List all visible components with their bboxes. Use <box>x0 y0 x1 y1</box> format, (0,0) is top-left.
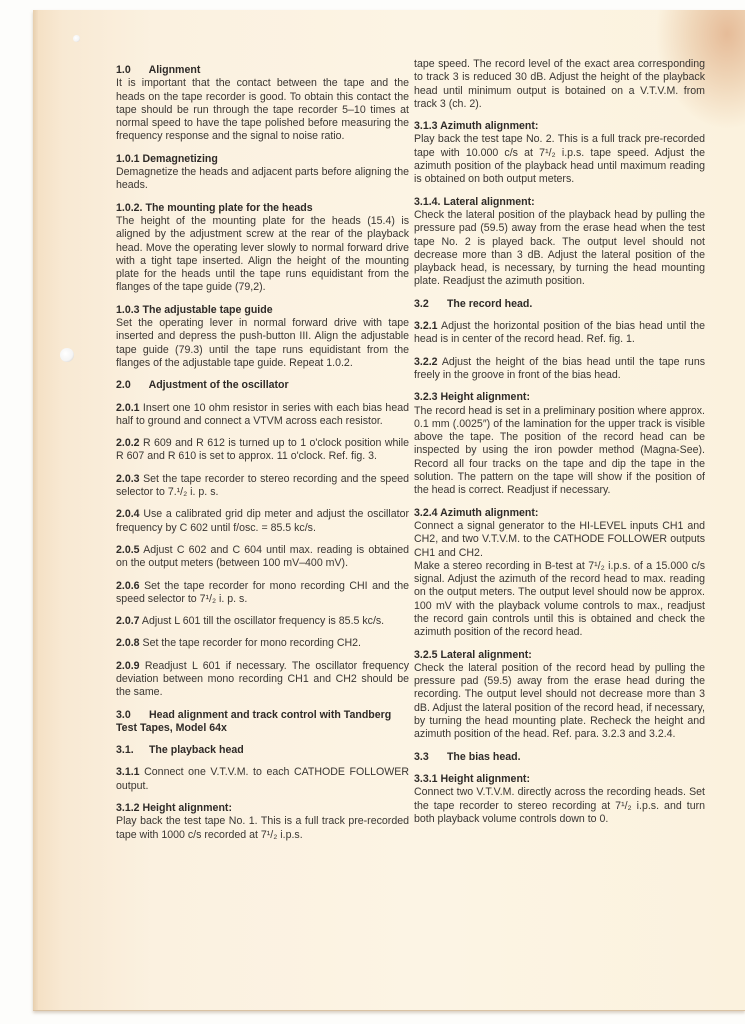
section-number: 2.0.3 <box>116 473 140 485</box>
section-3-2: 3.2 The record head. <box>414 298 705 311</box>
section-3-2-2: 3.2.2 Adjust the height of the bias head… <box>414 356 705 383</box>
section-3-2-3: 3.2.3 Height alignment: The record head … <box>414 391 705 497</box>
section-heading: 1.0 Alignment <box>116 64 409 77</box>
section-body: Set the tape recorder to stereo recordin… <box>116 473 409 498</box>
section-body: Use a calibrated grid dip meter and adju… <box>116 508 409 533</box>
section-heading: 3.3 The bias head. <box>414 751 705 764</box>
section-body: Adjust the height of the bias head until… <box>414 356 705 381</box>
section-number: 2.0.8 <box>116 637 140 649</box>
section-3-2-5: 3.2.5 Lateral alignment: Check the later… <box>414 649 705 742</box>
section-3-1: 3.1. The playback head <box>116 744 409 757</box>
section-2-0-6: 2.0.6 Set the tape recorder for mono rec… <box>116 580 409 607</box>
section-1-0-3: 1.0.3 The adjustable tape guide Set the … <box>116 304 409 370</box>
punch-hole-middle <box>60 348 74 362</box>
section-2-0-3: 2.0.3 Set the tape recorder to stereo re… <box>116 473 409 500</box>
section-body: Set the operating lever in normal forwar… <box>116 317 409 370</box>
section-3-0: 3.0 Head alignment and track control wit… <box>116 709 409 736</box>
section-2-0-8: 2.0.8 Set the tape recorder for mono rec… <box>116 637 409 650</box>
section-3-1-4: 3.1.4. Lateral alignment: Check the late… <box>414 196 705 289</box>
scanned-page: 1.0 Alignment It is important that the c… <box>33 10 745 1011</box>
section-body: Adjust L 601 till the oscillator frequen… <box>142 615 384 627</box>
section-body: Readjust L 601 if necessary. The oscilla… <box>116 660 409 699</box>
section-heading: 3.2.5 Lateral alignment: <box>414 649 705 662</box>
section-body: It is important that the contact between… <box>116 77 409 143</box>
section-body: Set the tape recorder for mono recording… <box>116 580 409 605</box>
section-body: The height of the mounting plate for the… <box>116 215 409 295</box>
section-2-0-5: 2.0.5 Adjust C 602 and C 604 until max. … <box>116 544 409 571</box>
section-2-0-1: 2.0.1 Insert one 10 ohm resistor in seri… <box>116 402 409 429</box>
section-3-3: 3.3 The bias head. <box>414 751 705 764</box>
section-number: 3.2.1 <box>414 320 438 332</box>
section-body-continued: Make a stereo recording in B-test at 7¹/… <box>414 560 705 640</box>
section-heading: 3.2.3 Height alignment: <box>414 391 705 404</box>
section-3-2-4: 3.2.4 Azimuth alignment: Connect a signa… <box>414 507 705 640</box>
section-1-0-1: 1.0.1 Demagnetizing Demagnetize the head… <box>116 153 409 193</box>
section-body: Insert one 10 ohm resistor in series wit… <box>116 402 409 427</box>
section-2-0-7: 2.0.7 Adjust L 601 till the oscillator f… <box>116 615 409 628</box>
section-heading: 1.0.2. The mounting plate for the heads <box>116 202 409 215</box>
section-2-0-2: 2.0.2 R 609 and R 612 is turned up to 1 … <box>116 437 409 464</box>
section-heading: 2.0 Adjustment of the oscillator <box>116 379 409 392</box>
section-heading: 3.3.1 Height alignment: <box>414 773 705 786</box>
section-body: Check the lateral position of the playba… <box>414 209 705 289</box>
section-body: R 609 and R 612 is turned up to 1 o'cloc… <box>116 437 409 462</box>
punch-hole-top <box>73 35 80 42</box>
section-body: Check the lateral position of the record… <box>414 662 705 742</box>
section-2-0-4: 2.0.4 Use a calibrated grid dip meter an… <box>116 508 409 535</box>
section-body: Connect one V.T.V.M. to each CATHODE FOL… <box>116 766 409 791</box>
page-edge <box>33 10 38 1010</box>
section-number: 2.0.1 <box>116 402 140 414</box>
section-heading: 3.1. The playback head <box>116 744 409 757</box>
section-1-0-2: 1.0.2. The mounting plate for the heads … <box>116 202 409 295</box>
section-3-1-1: 3.1.1 Connect one V.T.V.M. to each CATHO… <box>116 766 409 793</box>
section-body: Connect a signal generator to the HI-LEV… <box>414 520 705 560</box>
section-heading: 1.0.3 The adjustable tape guide <box>116 304 409 317</box>
section-body: The record head is set in a preliminary … <box>414 405 705 498</box>
section-heading: 3.1.3 Azimuth alignment: <box>414 120 705 133</box>
section-body: Play back the test tape No. 2. This is a… <box>414 133 705 186</box>
section-heading: 1.0.1 Demagnetizing <box>116 153 409 166</box>
section-body: tape speed. The record level of the exac… <box>414 58 705 111</box>
section-number: 2.0.5 <box>116 544 140 556</box>
section-1-0: 1.0 Alignment It is important that the c… <box>116 64 409 144</box>
section-number: 2.0.7 <box>116 615 140 627</box>
section-body: Play back the test tape No. 1. This is a… <box>116 815 409 842</box>
section-heading: 3.1.2 Height alignment: <box>116 802 409 815</box>
section-heading: 3.0 Head alignment and track control wit… <box>116 709 409 736</box>
section-number: 2.0.9 <box>116 660 140 672</box>
section-heading: 3.1.4. Lateral alignment: <box>414 196 705 209</box>
section-heading: 3.2 The record head. <box>414 298 705 311</box>
section-3-1-2-continued: tape speed. The record level of the exac… <box>414 58 705 111</box>
section-number: 3.2.2 <box>414 356 438 368</box>
section-number: 2.0.4 <box>116 508 140 520</box>
section-body: Demagnetize the heads and adjacent parts… <box>116 166 409 193</box>
section-body: Adjust the horizontal position of the bi… <box>414 320 705 345</box>
left-column: 1.0 Alignment It is important that the c… <box>116 64 409 851</box>
section-number: 2.0.6 <box>116 580 140 592</box>
section-body: Adjust C 602 and C 604 until max. readin… <box>116 544 409 569</box>
section-3-1-3: 3.1.3 Azimuth alignment: Play back the t… <box>414 120 705 186</box>
section-heading: 3.2.4 Azimuth alignment: <box>414 507 705 520</box>
section-3-3-1: 3.3.1 Height alignment: Connect two V.T.… <box>414 773 705 826</box>
right-column: tape speed. The record level of the exac… <box>414 58 705 835</box>
section-3-2-1: 3.2.1 Adjust the horizontal position of … <box>414 320 705 347</box>
section-body: Set the tape recorder for mono recording… <box>143 637 361 649</box>
section-body: Connect two V.T.V.M. directly across the… <box>414 786 705 826</box>
section-number: 3.1.1 <box>116 766 140 778</box>
section-2-0-9: 2.0.9 Readjust L 601 if necessary. The o… <box>116 660 409 700</box>
section-2-0: 2.0 Adjustment of the oscillator <box>116 379 409 392</box>
section-number: 2.0.2 <box>116 437 140 449</box>
section-3-1-2: 3.1.2 Height alignment: Play back the te… <box>116 802 409 842</box>
